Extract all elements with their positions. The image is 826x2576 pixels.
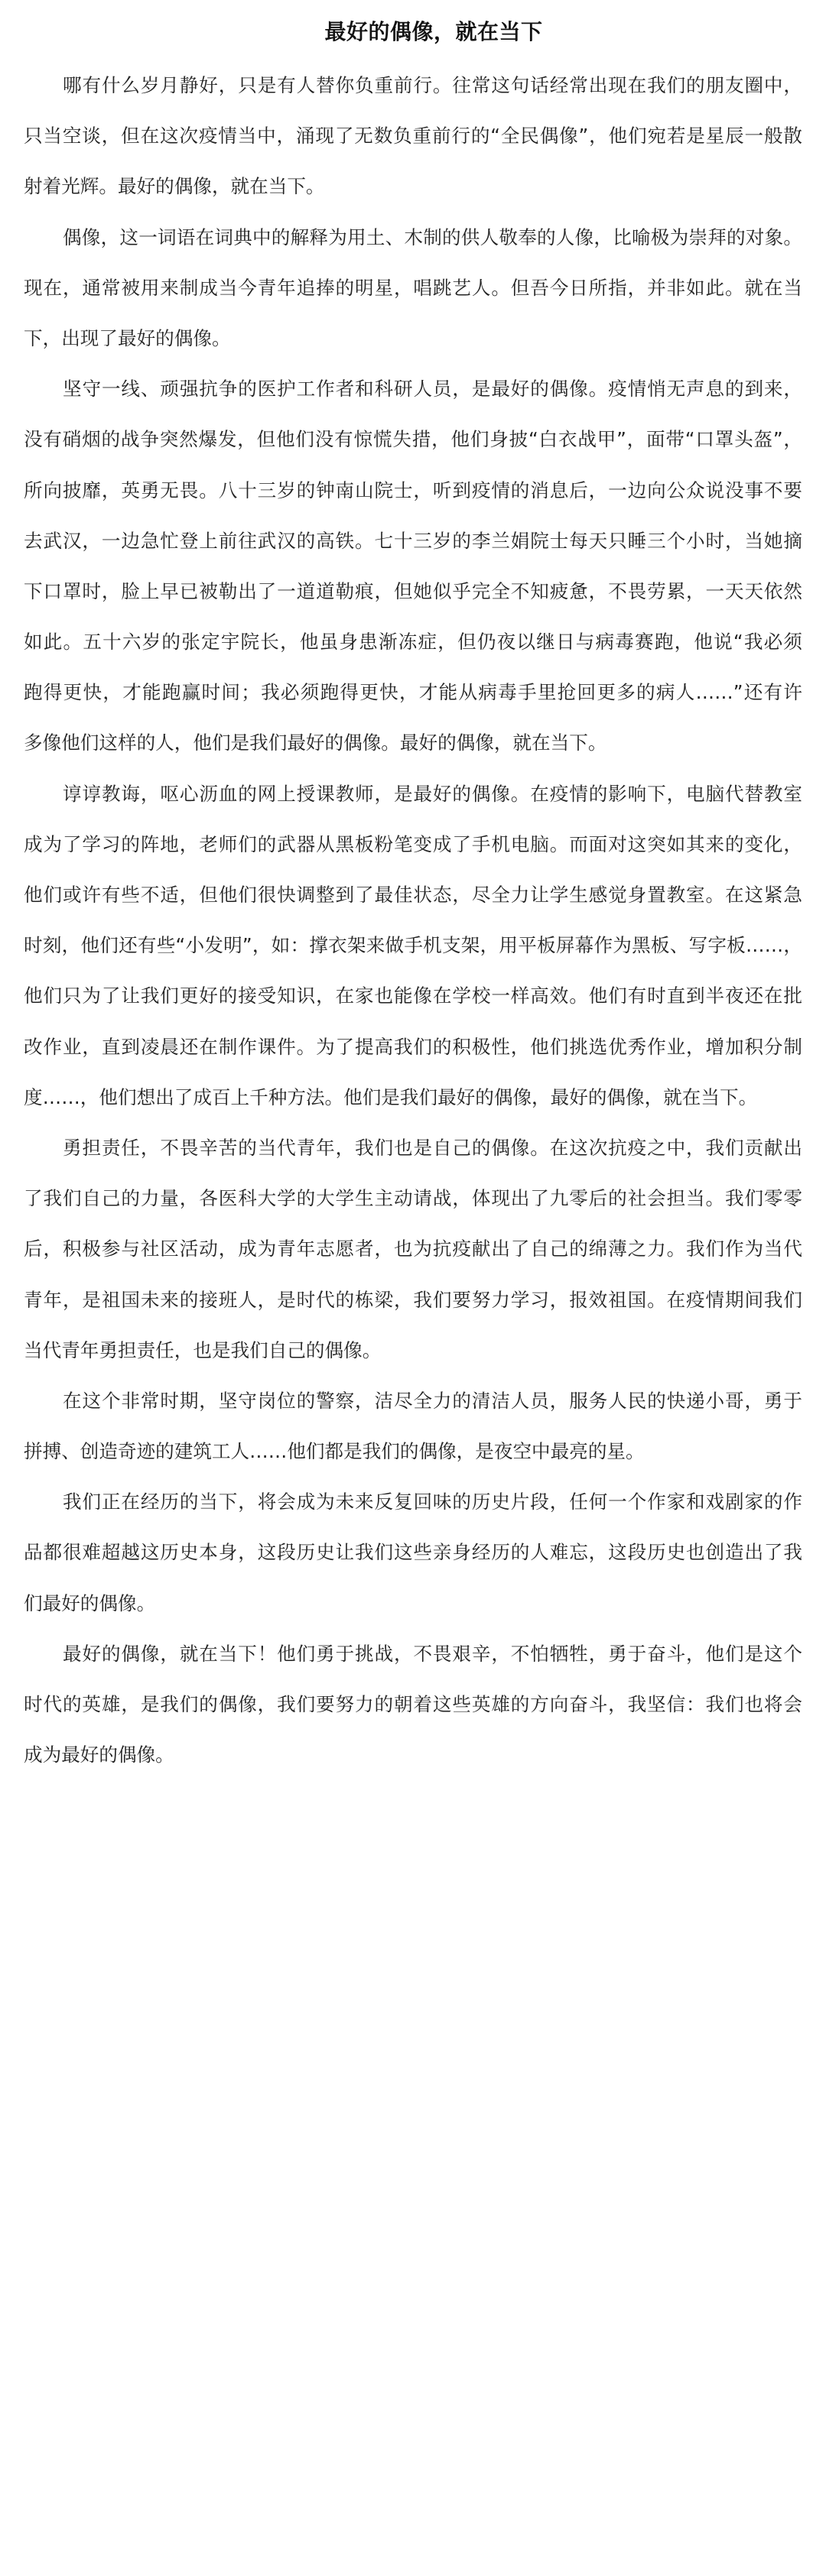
text-line: 成为了学习的阵地，老师们的武器从黑板粉笔变成了手机电脑。而面对这突如其来的变化， (24, 819, 802, 870)
text-line: 品都很难超越这历史本身，这段历史让我们这些亲身经历的人难忘，这段历史也创造出了我 (24, 1527, 802, 1578)
paragraph-2: 偶像，这一词语在词典中的解释为用土、木制的供人敬奉的人像，比喻极为崇拜的对象。 … (24, 213, 802, 365)
text-line: 了我们自己的力量，各医科大学的大学生主动请战，体现出了九零后的社会担当。我们零零 (24, 1173, 802, 1224)
paragraph-5: 勇担责任，不畏辛苦的当代青年，我们也是自己的偶像。在这次抗疫之中，我们贡献出 了… (24, 1123, 802, 1376)
text-line: 成为最好的偶像。 (24, 1730, 802, 1780)
text-line: 在这个非常时期，坚守岗位的警察，洁尽全力的清洁人员，服务人民的快递小哥，勇于 (24, 1376, 802, 1426)
text-line: 谆谆教诲，呕心沥血的网上授课教师，是最好的偶像。在疫情的影响下，电脑代替教室 (24, 769, 802, 819)
text-line: 多像他们这样的人，他们是我们最好的偶像。最好的偶像，就在当下。 (24, 718, 802, 768)
article-body: 哪有什么岁月静好，只是有人替你负重前行。往常这句话经常出现在我们的朋友圈中， 只… (24, 60, 802, 1780)
text-line: 没有硝烟的战争突然爆发，但他们没有惊慌失措，他们身披“白衣战甲”，面带“口罩头盔… (24, 414, 802, 465)
text-line: 改作业，直到凌晨还在制作课件。为了提高我们的积极性，他们挑选优秀作业，增加积分制 (24, 1022, 802, 1072)
text-line: 坚守一线、顽强抗争的医护工作者和科研人员，是最好的偶像。疫情悄无声息的到来， (24, 364, 802, 414)
text-line: 所向披靡，英勇无畏。八十三岁的钟南山院士，听到疫情的消息后，一边向公众说没事不要 (24, 466, 802, 516)
article-title: 最好的偶像，就在当下 (0, 15, 826, 49)
text-line: 拼搏、创造奇迹的建筑工人……他们都是我们的偶像，是夜空中最亮的星。 (24, 1426, 802, 1477)
text-line: 现在，通常被用来制成当今青年追捧的明星，唱跳艺人。但吾今日所指，并非如此。就在当 (24, 263, 802, 313)
text-line: 他们只为了让我们更好的接受知识，在家也能像在学校一样高效。他们有时直到半夜还在批 (24, 971, 802, 1021)
text-line: 哪有什么岁月静好，只是有人替你负重前行。往常这句话经常出现在我们的朋友圈中， (24, 60, 802, 111)
text-line: 去武汉，一边急忙登上前往武汉的高铁。七十三岁的李兰娟院士每天只睡三个小时，当她摘 (24, 516, 802, 566)
text-line: 下口罩时，脸上早已被勒出了一道道勒痕，但她似乎完全不知疲惫，不畏劳累，一天天依然 (24, 566, 802, 617)
text-line: 勇担责任，不畏辛苦的当代青年，我们也是自己的偶像。在这次抗疫之中，我们贡献出 (24, 1123, 802, 1173)
text-line: 如此。五十六岁的张定宇院长，他虽身患渐冻症，但仍夜以继日与病毒赛跑，他说“我必须 (24, 617, 802, 667)
text-line: 当代青年勇担责任，也是我们自己的偶像。 (24, 1325, 802, 1376)
text-line: 跑得更快，才能跑赢时间；我必须跑得更快，才能从病毒手里抢回更多的病人……”还有许 (24, 667, 802, 718)
text-line: 只当空谈，但在这次疫情当中，涌现了无数负重前行的“全民偶像”，他们宛若是星辰一般… (24, 111, 802, 161)
text-line: 射着光辉。最好的偶像，就在当下。 (24, 161, 802, 212)
text-line: 们最好的偶像。 (24, 1578, 802, 1629)
paragraph-6: 在这个非常时期，坚守岗位的警察，洁尽全力的清洁人员，服务人民的快递小哥，勇于 拼… (24, 1376, 802, 1477)
paragraph-3: 坚守一线、顽强抗争的医护工作者和科研人员，是最好的偶像。疫情悄无声息的到来， 没… (24, 364, 802, 769)
text-line: 最好的偶像，就在当下！他们勇于挑战，不畏艰辛，不怕牺牲，勇于奋斗，他们是这个 (24, 1629, 802, 1679)
text-line: 青年，是祖国未来的接班人，是时代的栋梁，我们要努力学习，报效祖国。在疫情期间我们 (24, 1275, 802, 1325)
text-line: 时代的英雄，是我们的偶像，我们要努力的朝着这些英雄的方向奋斗，我坚信：我们也将会 (24, 1679, 802, 1730)
text-line: 他们或许有些不适，但他们很快调整到了最佳状态，尽全力让学生感觉身置教室。在这紧急 (24, 870, 802, 920)
text-line: 我们正在经历的当下，将会成为未来反复回味的历史片段，任何一个作家和戏剧家的作 (24, 1477, 802, 1527)
paragraph-8: 最好的偶像，就在当下！他们勇于挑战，不畏艰辛，不怕牺牲，勇于奋斗，他们是这个 时… (24, 1629, 802, 1781)
paragraph-7: 我们正在经历的当下，将会成为未来反复回味的历史片段，任何一个作家和戏剧家的作 品… (24, 1477, 802, 1629)
text-line: 度……，他们想出了成百上千种方法。他们是我们最好的偶像，最好的偶像，就在当下。 (24, 1072, 802, 1123)
paragraph-4: 谆谆教诲，呕心沥血的网上授课教师，是最好的偶像。在疫情的影响下，电脑代替教室 成… (24, 769, 802, 1123)
text-line: 时刻，他们还有些“小发明”，如：撑衣架来做手机支架，用平板屏幕作为黑板、写字板…… (24, 920, 802, 971)
paragraph-1: 哪有什么岁月静好，只是有人替你负重前行。往常这句话经常出现在我们的朋友圈中， 只… (24, 60, 802, 213)
text-line: 下，出现了最好的偶像。 (24, 313, 802, 364)
text-line: 后，积极参与社区活动，成为青年志愿者，也为抗疫献出了自己的绵薄之力。我们作为当代 (24, 1224, 802, 1274)
text-line: 偶像，这一词语在词典中的解释为用土、木制的供人敬奉的人像，比喻极为崇拜的对象。 (24, 213, 802, 263)
